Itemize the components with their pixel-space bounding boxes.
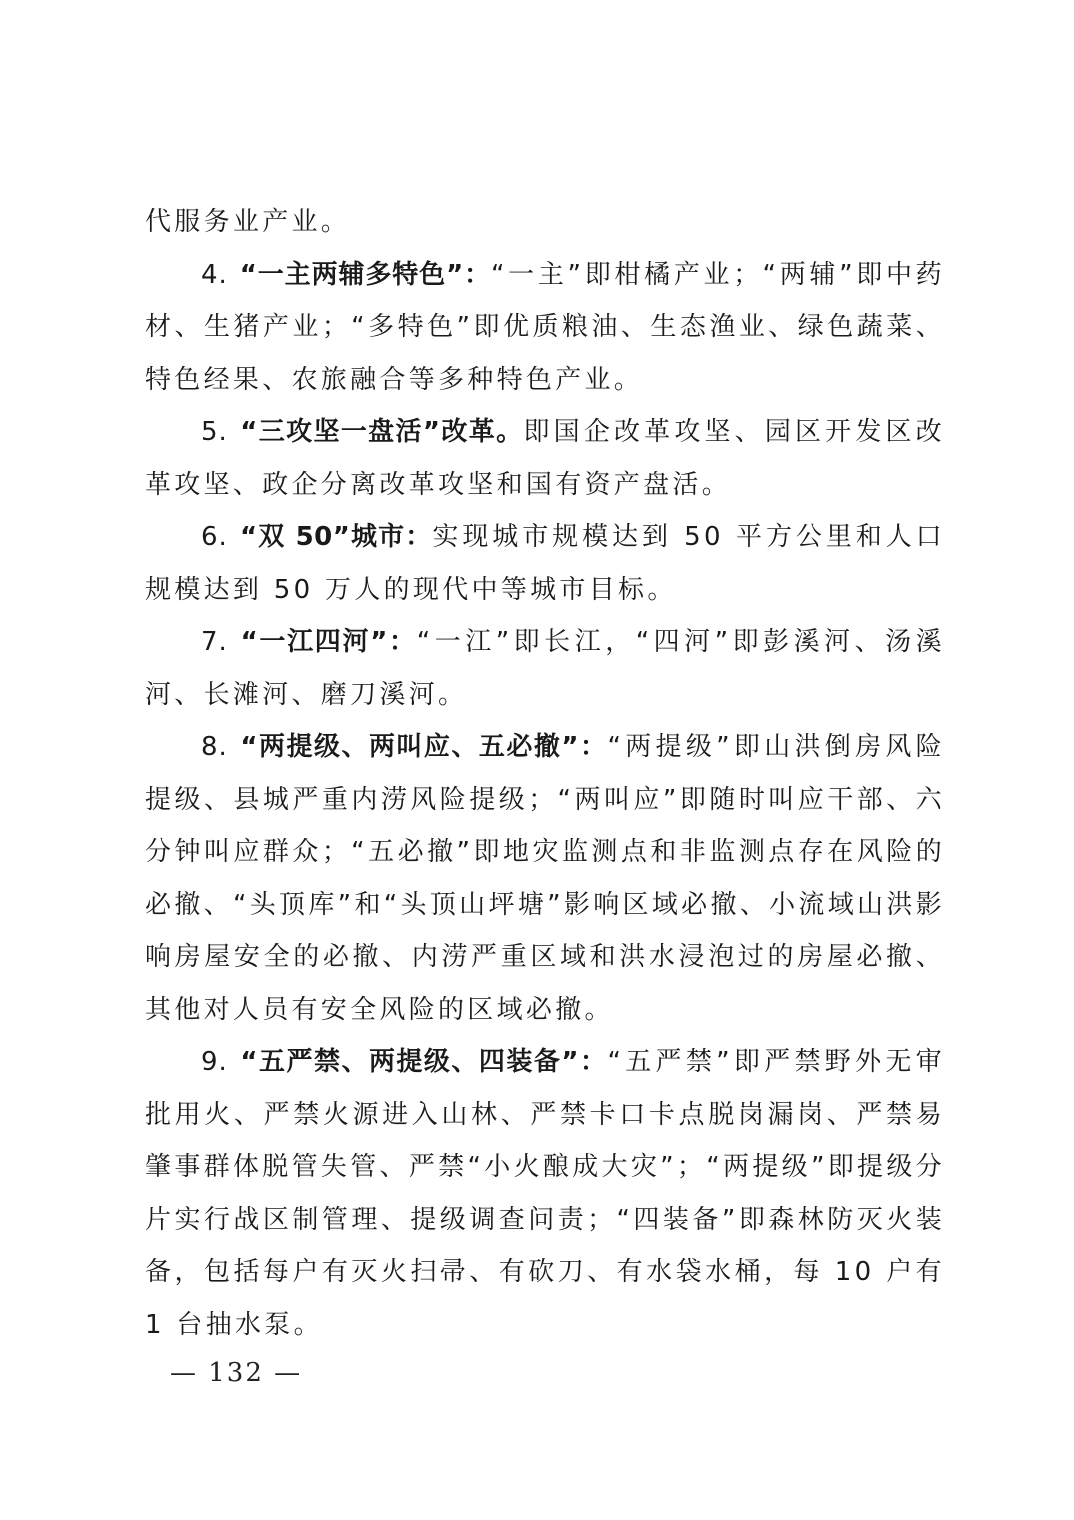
item-term: “一江四河”： <box>241 627 417 657</box>
item-6-paragraph: 6. “双 50”城市：实现城市规模达到 50 平方公里和人口规模达到 50 万… <box>145 511 945 616</box>
item-7-paragraph: 7. “一江四河”：“一江”即长江，“四河”即彭溪河、汤溪河、长滩河、磨刀溪河。 <box>145 616 945 721</box>
item-number: 7. <box>201 627 228 657</box>
document-page: 代服务业产业。 4. “一主两辅多特色”：“一主”即柑橘产业；“两辅”即中药材、… <box>145 196 945 1351</box>
item-8-paragraph: 8. “两提级、两叫应、五必撤”：“两提级”即山洪倒房风险提级、县城严重内涝风险… <box>145 721 945 1036</box>
item-number: 5. <box>201 417 228 447</box>
item-number: 4. <box>201 260 228 290</box>
item-term: “三攻坚一盘活”改革。 <box>240 417 523 447</box>
item-text: “五严禁”即严禁野外无审批用火、严禁火源进入山林、严禁卡口卡点脱岗漏岗、严禁易肇… <box>145 1047 945 1340</box>
item-term: “两提级、两叫应、五必撤”： <box>240 732 607 762</box>
item-term: “双 50”城市： <box>240 522 432 552</box>
item-term: “一主两辅多特色”： <box>240 260 491 290</box>
item-9-paragraph: 9. “五严禁、两提级、四装备”：“五严禁”即严禁野外无审批用火、严禁火源进入山… <box>145 1036 945 1351</box>
item-5-paragraph: 5. “三攻坚一盘活”改革。即国企改革攻坚、园区开发区改革攻坚、政企分离改革攻坚… <box>145 406 945 511</box>
item-number: 6. <box>201 522 228 552</box>
item-term: “五严禁、两提级、四装备”： <box>240 1047 607 1077</box>
item-text: “两提级”即山洪倒房风险提级、县城严重内涝风险提级；“两叫应”即随时叫应干部、六… <box>145 732 945 1025</box>
item-number: 9. <box>201 1047 228 1077</box>
continuation-paragraph: 代服务业产业。 <box>145 196 945 249</box>
item-4-paragraph: 4. “一主两辅多特色”：“一主”即柑橘产业；“两辅”即中药材、生猪产业；“多特… <box>145 249 945 407</box>
page-number: — 132 — <box>170 1358 302 1388</box>
item-number: 8. <box>201 732 228 762</box>
